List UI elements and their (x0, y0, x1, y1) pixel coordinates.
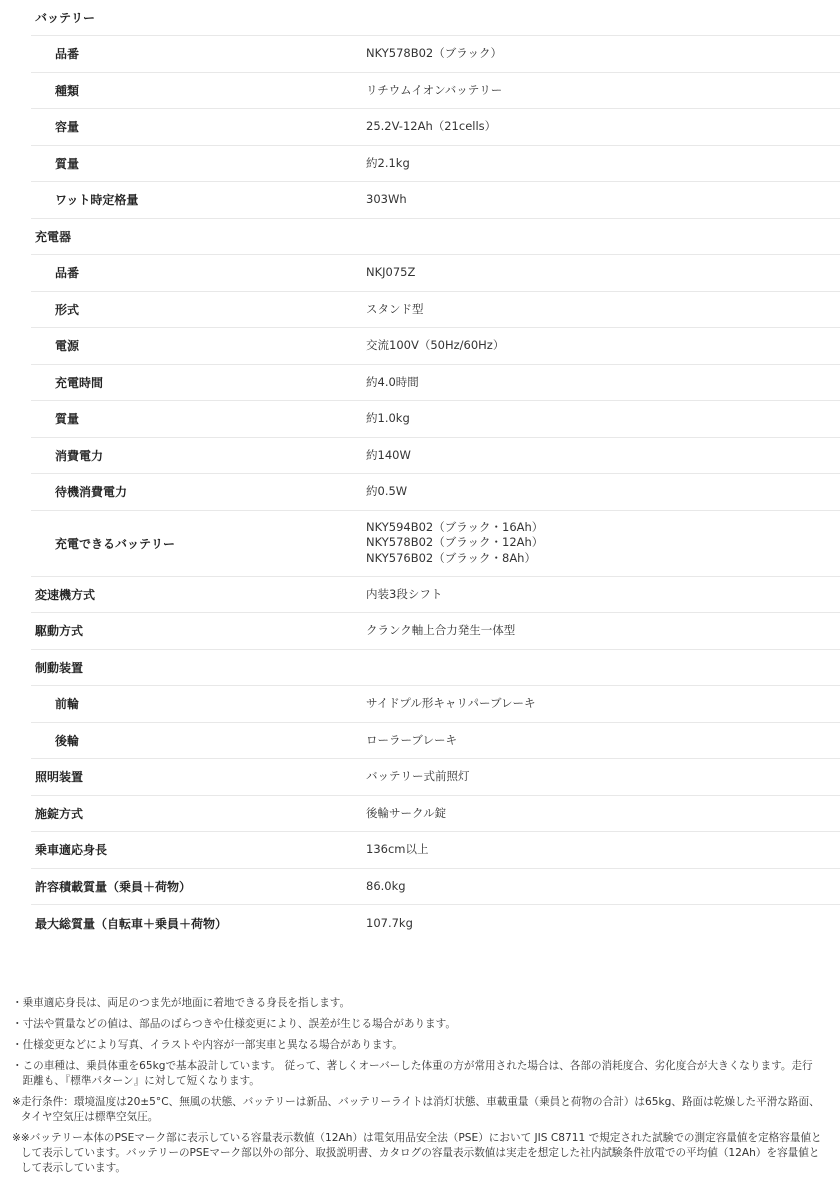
spec-row-charge-time: 充電時間 約4.0時間 (31, 365, 840, 402)
spec-row-transmission: 変速機方式 内装3段シフト (31, 577, 840, 614)
spec-label: 制動装置 (31, 659, 366, 676)
spec-label: 待機消費電力 (31, 483, 366, 500)
spec-label: 種類 (31, 82, 366, 99)
spec-label: 駆動方式 (31, 622, 366, 639)
spec-value: 303Wh (366, 192, 407, 208)
footnote-text: 仕様変更などにより写真、イラストや内容が一部実車と異なる場合があります。 (23, 1038, 822, 1053)
spec-row-lighting: 照明装置 バッテリー式前照灯 (31, 759, 840, 796)
spec-row-compatible-batteries: 充電できるバッテリー NKY594B02（ブラック・16Ah） NKY578B0… (31, 511, 840, 577)
footnote: ※ ※バッテリー本体のPSEマーク部に表示している容量表示数値（12Ah）は電気… (12, 1131, 822, 1176)
spec-row-rear-brake: 後輪 ローラーブレーキ (31, 723, 840, 760)
asterisk-mark: ※ (12, 1095, 21, 1125)
spec-row-brakes: 制動装置 (31, 650, 840, 687)
spec-row-drive-system: 駆動方式 クランク軸上合力発生一体型 (31, 613, 840, 650)
spec-value: NKJ075Z (366, 265, 415, 281)
spec-label: 容量 (31, 118, 366, 135)
spec-label: 許容積載質量（乗員＋荷物） (31, 878, 366, 895)
spec-row-charger-form: 形式 スタンド型 (31, 292, 840, 329)
compatible-battery: NKY578B02（ブラック・12Ah） (366, 535, 543, 551)
spec-value: バッテリー式前照灯 (366, 769, 470, 785)
spec-row-charger-weight: 質量 約1.0kg (31, 401, 840, 438)
footnote-text: 走行条件：環境温度は20±5°C、無風の状態、バッテリーは新品、バッテリーライト… (21, 1095, 822, 1125)
spec-row-battery-watt-hour: ワット時定格量 303Wh (31, 182, 840, 219)
spec-value: 86.0kg (366, 879, 406, 895)
spec-label: 照明装置 (31, 768, 366, 785)
spec-row-front-brake: 前輪 サイドプル形キャリパーブレーキ (31, 686, 840, 723)
footnote: ・ この車種は、乗員体重を65kgで基本設計しています。 従って、著しくオーバー… (12, 1059, 822, 1089)
spec-row-max-load: 許容積載質量（乗員＋荷物） 86.0kg (31, 869, 840, 906)
spec-value: 約2.1kg (366, 156, 410, 172)
footnote: ・ 仕様変更などにより写真、イラストや内容が一部実車と異なる場合があります。 (12, 1038, 822, 1053)
spec-value: 約4.0時間 (366, 375, 419, 391)
spec-value: リチウムイオンバッテリー (366, 83, 502, 99)
footnote-text: 乗車適応身長は、両足のつま先が地面に着地できる身長を指します。 (23, 996, 822, 1011)
spec-label: 変速機方式 (31, 586, 366, 603)
spec-row-rider-height: 乗車適応身長 136cm以上 (31, 832, 840, 869)
spec-label: 質量 (31, 155, 366, 172)
spec-label: 充電時間 (31, 374, 366, 391)
spec-label: 充電器 (31, 228, 366, 245)
spec-value: NKY578B02（ブラック） (366, 46, 502, 62)
spec-value: サイドプル形キャリパーブレーキ (366, 696, 536, 712)
footnote: ※ 走行条件：環境温度は20±5°C、無風の状態、バッテリーは新品、バッテリーラ… (12, 1095, 822, 1125)
spec-value: 107.7kg (366, 916, 413, 932)
bullet-mark: ・ (12, 996, 23, 1011)
spec-row-charger-power-source: 電源 交流100V（50Hz/60Hz） (31, 328, 840, 365)
spec-label: 消費電力 (31, 447, 366, 464)
spec-row-charger: 充電器 (31, 219, 840, 256)
spec-label: 施錠方式 (31, 805, 366, 822)
spec-label: ワット時定格量 (31, 191, 366, 208)
bullet-mark: ・ (12, 1038, 23, 1053)
spec-label: 乗車適応身長 (31, 841, 366, 858)
footnote-text: 寸法や質量などの値は、部品のばらつきや仕様変更により、誤差が生じる場合があります… (23, 1017, 822, 1032)
spec-value: クランク軸上合力発生一体型 (366, 623, 515, 639)
spec-row-power-consumption: 消費電力 約140W (31, 438, 840, 475)
spec-value: 136cm以上 (366, 842, 428, 858)
spec-value-list: NKY594B02（ブラック・16Ah） NKY578B02（ブラック・12Ah… (366, 520, 543, 567)
spec-label: 質量 (31, 410, 366, 427)
spec-row-battery-type: 種類 リチウムイオンバッテリー (31, 73, 840, 110)
bullet-mark: ・ (12, 1059, 23, 1089)
spec-row-standby-power: 待機消費電力 約0.5W (31, 474, 840, 511)
compatible-battery: NKY576B02（ブラック・8Ah） (366, 551, 543, 567)
spec-label: 後輪 (31, 732, 366, 749)
footnote-text: ※バッテリー本体のPSEマーク部に表示している容量表示数値（12Ah）は電気用品… (21, 1131, 822, 1176)
spec-value: 後輪サークル錠 (366, 806, 446, 822)
compatible-battery: NKY594B02（ブラック・16Ah） (366, 520, 543, 536)
spec-row-battery-capacity: 容量 25.2V-12Ah（21cells） (31, 109, 840, 146)
spec-label: 形式 (31, 301, 366, 318)
spec-label: バッテリー (31, 9, 366, 26)
spec-row-max-total-weight: 最大総質量（自転車＋乗員＋荷物） 107.7kg (31, 905, 840, 942)
asterisk-mark: ※ (12, 1131, 21, 1176)
spec-value: 約1.0kg (366, 411, 410, 427)
spec-value: 25.2V-12Ah（21cells） (366, 119, 496, 135)
spec-value: ローラーブレーキ (366, 733, 457, 749)
spec-row-battery-model: 品番 NKY578B02（ブラック） (31, 36, 840, 73)
spec-table: バッテリー 品番 NKY578B02（ブラック） 種類 リチウムイオンバッテリー… (31, 0, 840, 942)
footnote-text: この車種は、乗員体重を65kgで基本設計しています。 従って、著しくオーバーした… (23, 1059, 822, 1089)
spec-value: スタンド型 (366, 302, 424, 318)
spec-label: 電源 (31, 337, 366, 354)
spec-value: 約0.5W (366, 484, 407, 500)
footnotes: ・ 乗車適応身長は、両足のつま先が地面に着地できる身長を指します。 ・ 寸法や質… (12, 996, 822, 1182)
spec-label: 前輪 (31, 695, 366, 712)
spec-label: 品番 (31, 45, 366, 62)
spec-label: 充電できるバッテリー (31, 535, 366, 552)
spec-label: 最大総質量（自転車＋乗員＋荷物） (31, 915, 366, 932)
bullet-mark: ・ (12, 1017, 23, 1032)
spec-row-lock: 施錠方式 後輪サークル錠 (31, 796, 840, 833)
spec-row-battery: バッテリー (31, 0, 840, 36)
spec-value: 約140W (366, 448, 411, 464)
footnote: ・ 乗車適応身長は、両足のつま先が地面に着地できる身長を指します。 (12, 996, 822, 1011)
footnote: ・ 寸法や質量などの値は、部品のばらつきや仕様変更により、誤差が生じる場合があり… (12, 1017, 822, 1032)
spec-value: 交流100V（50Hz/60Hz） (366, 338, 504, 354)
spec-value: 内装3段シフト (366, 587, 442, 603)
spec-row-battery-weight: 質量 約2.1kg (31, 146, 840, 183)
spec-row-charger-model: 品番 NKJ075Z (31, 255, 840, 292)
spec-label: 品番 (31, 264, 366, 281)
